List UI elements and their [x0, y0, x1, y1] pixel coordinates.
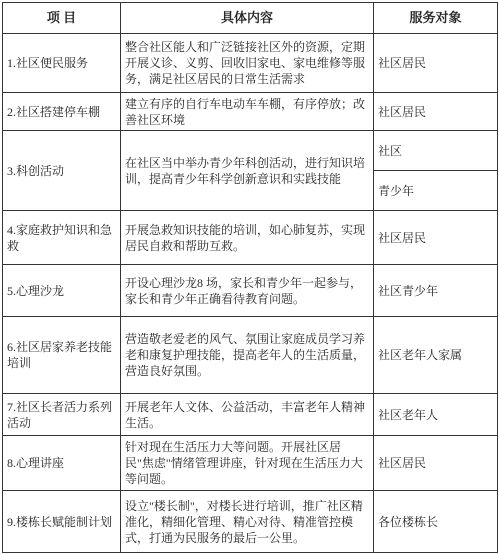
project-cell: 2.社区搭建停车棚: [3, 93, 121, 131]
project-cell: 7.社区长者活力系列活动: [3, 394, 121, 436]
project-cell: 5.心理沙龙: [3, 265, 121, 317]
table-row-1: 1.社区便民服务 整合社区能人和广泛链接社区外的资源，定期开展义诊、义剪、回收旧…: [3, 34, 498, 93]
content-cell: 设立"楼长制"，对楼长进行培训，推广社区精准化，精细化管理、精心对待、精准管控模…: [121, 491, 374, 553]
table-row-9: 9.楼栋长赋能制计划 设立"楼长制"，对楼长进行培训，推广社区精准化，精细化管理…: [3, 491, 498, 553]
header-content: 具体内容: [121, 3, 374, 34]
header-target: 服务对象: [374, 3, 498, 34]
document-page: 项 目 具体内容 服务对象 1.社区便民服务 整合社区能人和广泛链接社区外的资源…: [0, 0, 499, 554]
table-row-7: 7.社区长者活力系列活动 开展老年人文体、公益活动，丰富老年人精神生活。 社区老…: [3, 394, 498, 436]
project-cell: 6.社区居家养老技能培训: [3, 317, 121, 394]
table-row-5: 5.心理沙龙 开设心理沙龙8 场，家长和青少年一起参与，家长和青少年正确看待教育…: [3, 265, 498, 317]
target-cell: 社区居民: [374, 34, 498, 93]
target-cell: 社区居民: [374, 211, 498, 265]
table-row-8: 8.心理讲座 针对现在生活压力大等问题。开展社区居民"焦虑"情绪管理讲座，针对现…: [3, 436, 498, 491]
content-cell: 在社区当中举办青少年科创活动，进行知识培训，提高青少年科学创新意识和实践技能: [121, 131, 374, 211]
table-row-3: 3.科创活动 在社区当中举办青少年科创活动，进行知识培训，提高青少年科学创新意识…: [3, 131, 498, 171]
content-cell: 针对现在生活压力大等问题。开展社区居民"焦虑"情绪管理讲座，针对现在生活压力大等…: [121, 436, 374, 491]
project-cell: 3.科创活动: [3, 131, 121, 211]
target-cell: 社区居民: [374, 93, 498, 131]
content-cell: 开展急救知识技能的培训，如心肺复苏，实现居民自救和帮助互救。: [121, 211, 374, 265]
table-row-4: 4.家庭救护知识和急救 开展急救知识技能的培训，如心肺复苏，实现居民自救和帮助互…: [3, 211, 498, 265]
table-row-2: 2.社区搭建停车棚 建立有序的自行车电动车车棚，有序停放；改善社区环境 社区居民: [3, 93, 498, 131]
target-cell: 社区居民: [374, 436, 498, 491]
service-table: 项 目 具体内容 服务对象 1.社区便民服务 整合社区能人和广泛链接社区外的资源…: [2, 2, 498, 553]
target-cell: 各位楼栋长: [374, 491, 498, 553]
content-cell: 开展老年人文体、公益活动，丰富老年人精神生活。: [121, 394, 374, 436]
header-row: 项 目 具体内容 服务对象: [3, 3, 498, 34]
target-cell: 社区老年人家属: [374, 317, 498, 394]
content-cell: 建立有序的自行车电动车车棚，有序停放；改善社区环境: [121, 93, 374, 131]
content-cell: 开设心理沙龙8 场，家长和青少年一起参与，家长和青少年正确看待教育问题。: [121, 265, 374, 317]
target-cell: 社区: [374, 131, 498, 171]
target-cell: 青少年: [374, 171, 498, 211]
content-cell: 整合社区能人和广泛链接社区外的资源，定期开展义诊、义剪、回收旧家电、家电维修等服…: [121, 34, 374, 93]
project-cell: 8.心理讲座: [3, 436, 121, 491]
project-cell: 9.楼栋长赋能制计划: [3, 491, 121, 553]
target-cell: 社区老年人: [374, 394, 498, 436]
project-cell: 1.社区便民服务: [3, 34, 121, 93]
header-project: 项 目: [3, 3, 121, 34]
project-cell: 4.家庭救护知识和急救: [3, 211, 121, 265]
content-cell: 营造敬老爱老的风气、氛围让家庭成员学习养老和康复护理技能，提高老年人的生活质量，…: [121, 317, 374, 394]
target-cell: 社区青少年: [374, 265, 498, 317]
table-row-6: 6.社区居家养老技能培训 营造敬老爱老的风气、氛围让家庭成员学习养老和康复护理技…: [3, 317, 498, 394]
